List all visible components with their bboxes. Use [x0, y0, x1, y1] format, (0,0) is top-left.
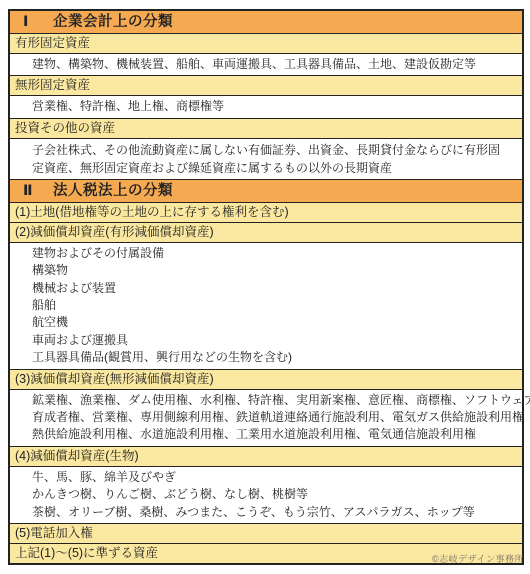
subheader-2-depreciable-tangible: (2)減価償却資産(有形減価償却資産) — [10, 223, 522, 243]
content-line: 牛、馬、豚、綿羊及びやぎ — [32, 469, 516, 486]
section-numeral: Ⅱ — [23, 183, 53, 199]
subheader-1-land: (1)土地(借地権等の土地の上に存する権利を含む) — [10, 203, 522, 223]
subheader-intangible-fixed-assets: 無形固定資産 — [10, 76, 522, 96]
subheader-5-telephone-rights: (5)電話加入権 — [10, 524, 522, 544]
content-line: 茶樹、オリーブ樹、桑樹、みつまた、こうぞ、もう宗竹、アスパラガス、ホップ等 — [32, 504, 516, 521]
content-investments-other-assets: 子会社株式、その他流動資産に属しない有価証券、出資金、長期貸付金ならびに有形固定… — [10, 139, 522, 180]
subheader-4-depreciable-living: (4)減価償却資産(生物) — [10, 447, 522, 467]
section-header-tax-law: Ⅱ 法人税法上の分類 — [10, 180, 522, 203]
content-line: 航空機 — [32, 314, 516, 331]
content-tangible-fixed-assets: 建物、構築物、機械装置、船舶、車両運搬具、工具器具備品、土地、建設仮勘定等 — [10, 54, 522, 76]
content-depreciable-tangible: 建物およびその付属設備 構築物 機械および装置 船舶 航空機 車両および運搬具 … — [10, 243, 522, 370]
content-line: 営業権、特許権、地上権、商標権等 — [32, 98, 516, 115]
content-line: 建物およびその付属設備 — [32, 245, 516, 262]
section-title: 法人税法上の分類 — [53, 183, 173, 199]
content-line: 船舶 — [32, 297, 516, 314]
content-line: 建物、構築物、機械装置、船舶、車両運搬具、工具器具備品、土地、建設仮勘定等 — [32, 56, 516, 73]
content-line: 鉱業権、漁業権、ダム使用権、水利権、特許権、実用新案権、意匠権、商標権、ソフトウ… — [32, 392, 516, 409]
content-line: 育成者権、営業権、専用側線利用権、鉄道軌道連絡通行施設利用、電気ガス供給施設利用… — [32, 409, 516, 426]
content-paragraph: 子会社株式、その他流動資産に属しない有価証券、出資金、長期貸付金ならびに有形固定… — [32, 141, 516, 177]
content-intangible-fixed-assets: 営業権、特許権、地上権、商標権等 — [10, 96, 522, 118]
subheader-3-depreciable-intangible: (3)減価償却資産(無形減価償却資産) — [10, 370, 522, 390]
page: Ⅰ 企業会計上の分類 有形固定資産 建物、構築物、機械装置、船舶、車両運搬具、工… — [0, 0, 530, 574]
section-numeral: Ⅰ — [23, 14, 53, 30]
section-title: 企業会計上の分類 — [53, 14, 173, 30]
content-line: 工具器具備品(観賞用、興行用などの生物を含む) — [32, 349, 516, 366]
subheader-tangible-fixed-assets: 有形固定資産 — [10, 34, 522, 54]
content-line: 機械および装置 — [32, 280, 516, 297]
content-line: かんきつ樹、りんご樹、ぶどう樹、なし樹、桃樹等 — [32, 486, 516, 503]
content-line: 車両および運搬具 — [32, 332, 516, 349]
subheader-investments-other-assets: 投資その他の資産 — [10, 119, 522, 139]
section-header-accounting: Ⅰ 企業会計上の分類 — [10, 11, 522, 34]
content-depreciable-living: 牛、馬、豚、綿羊及びやぎ かんきつ樹、りんご樹、ぶどう樹、なし樹、桃樹等 茶樹、… — [10, 467, 522, 524]
content-depreciable-intangible: 鉱業権、漁業権、ダム使用権、水利権、特許権、実用新案権、意匠権、商標権、ソフトウ… — [10, 390, 522, 447]
content-line: 構築物 — [32, 262, 516, 279]
content-line: 熱供給施設利用権、水道施設利用権、工業用水道施設利用権、電気通信施設利用権 — [32, 426, 516, 443]
copyright-credit: ©志岐デザイン事務所 — [432, 552, 524, 565]
asset-classification-table: Ⅰ 企業会計上の分類 有形固定資産 建物、構築物、機械装置、船舶、車両運搬具、工… — [8, 9, 524, 565]
